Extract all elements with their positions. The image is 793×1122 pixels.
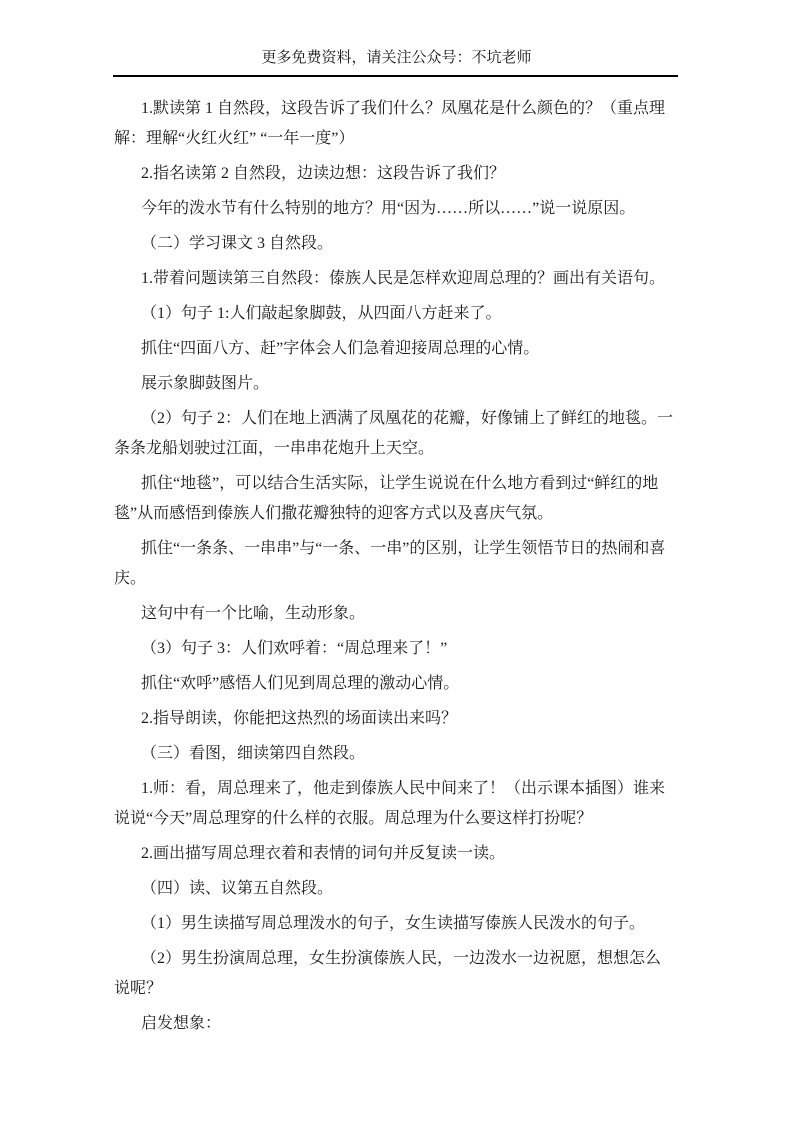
paragraph: 抓住“欢呼”感悟人们见到周总理的激动心情。 — [114, 669, 674, 699]
paragraph: 抓住“地毯”，可以结合生活实际，让学生说说在什么地方看到过“鲜红的地毯”从而感悟… — [114, 469, 674, 529]
paragraph: 启发想象： — [114, 1009, 674, 1039]
paragraph: （2）句子 2：人们在地上洒满了凤凰花的花瓣，好像铺上了鲜红的地毯。一条条龙船划… — [114, 404, 674, 464]
paragraph: （三）看图，细读第四自然段。 — [114, 739, 674, 769]
paragraph: 2.指导朗读，你能把这热烈的场面读出来吗？ — [114, 704, 674, 734]
paragraph: （2）男生扮演周总理，女生扮演傣族人民，一边泼水一边祝愿，想想怎么说呢？ — [114, 944, 674, 1004]
document-body: 1.默读第 1 自然段，这段告诉了我们什么？凤凰花是什么颜色的？（重点理解：理解… — [114, 94, 674, 1044]
paragraph: （1）男生读描写周总理泼水的句子，女生读描写傣族人民泼水的句子。 — [114, 909, 674, 939]
page-header-note: 更多免费资料，请关注公众号：不坑老师 — [0, 46, 793, 70]
paragraph: 今年的泼水节有什么特别的地方？用“因为……所以……”说一说原因。 — [114, 194, 674, 224]
header-divider-rule — [113, 75, 678, 77]
paragraph: （3）句子 3：人们欢呼着：“周总理来了！” — [114, 634, 674, 664]
paragraph: 抓住“四面八方、赶”字体会人们急着迎接周总理的心情。 — [114, 334, 674, 364]
paragraph: 抓住“一条条、一串串”与“一条、一串”的区别，让学生领悟节日的热闹和喜庆。 — [114, 534, 674, 594]
paragraph: 2.画出描写周总理衣着和表情的词句并反复读一读。 — [114, 839, 674, 869]
paragraph: （二）学习课文 3 自然段。 — [114, 229, 674, 259]
paragraph: 2.指名读第 2 自然段，边读边想：这段告诉了我们？ — [114, 159, 674, 189]
paragraph: 1.师：看，周总理来了，他走到傣族人民中间来了！（出示课本插图）谁来说说“今天”… — [114, 774, 674, 834]
document-page: 更多免费资料，请关注公众号：不坑老师 1.默读第 1 自然段，这段告诉了我们什么… — [0, 0, 793, 1122]
paragraph: 1.默读第 1 自然段，这段告诉了我们什么？凤凰花是什么颜色的？（重点理解：理解… — [114, 94, 674, 154]
paragraph: 这句中有一个比喻，生动形象。 — [114, 599, 674, 629]
paragraph: （1）句子 1:人们敲起象脚鼓，从四面八方赶来了。 — [114, 299, 674, 329]
paragraph: 展示象脚鼓图片。 — [114, 369, 674, 399]
paragraph: 1.带着问题读第三自然段：傣族人民是怎样欢迎周总理的？画出有关语句。 — [114, 264, 674, 294]
paragraph: （四）读、议第五自然段。 — [114, 874, 674, 904]
